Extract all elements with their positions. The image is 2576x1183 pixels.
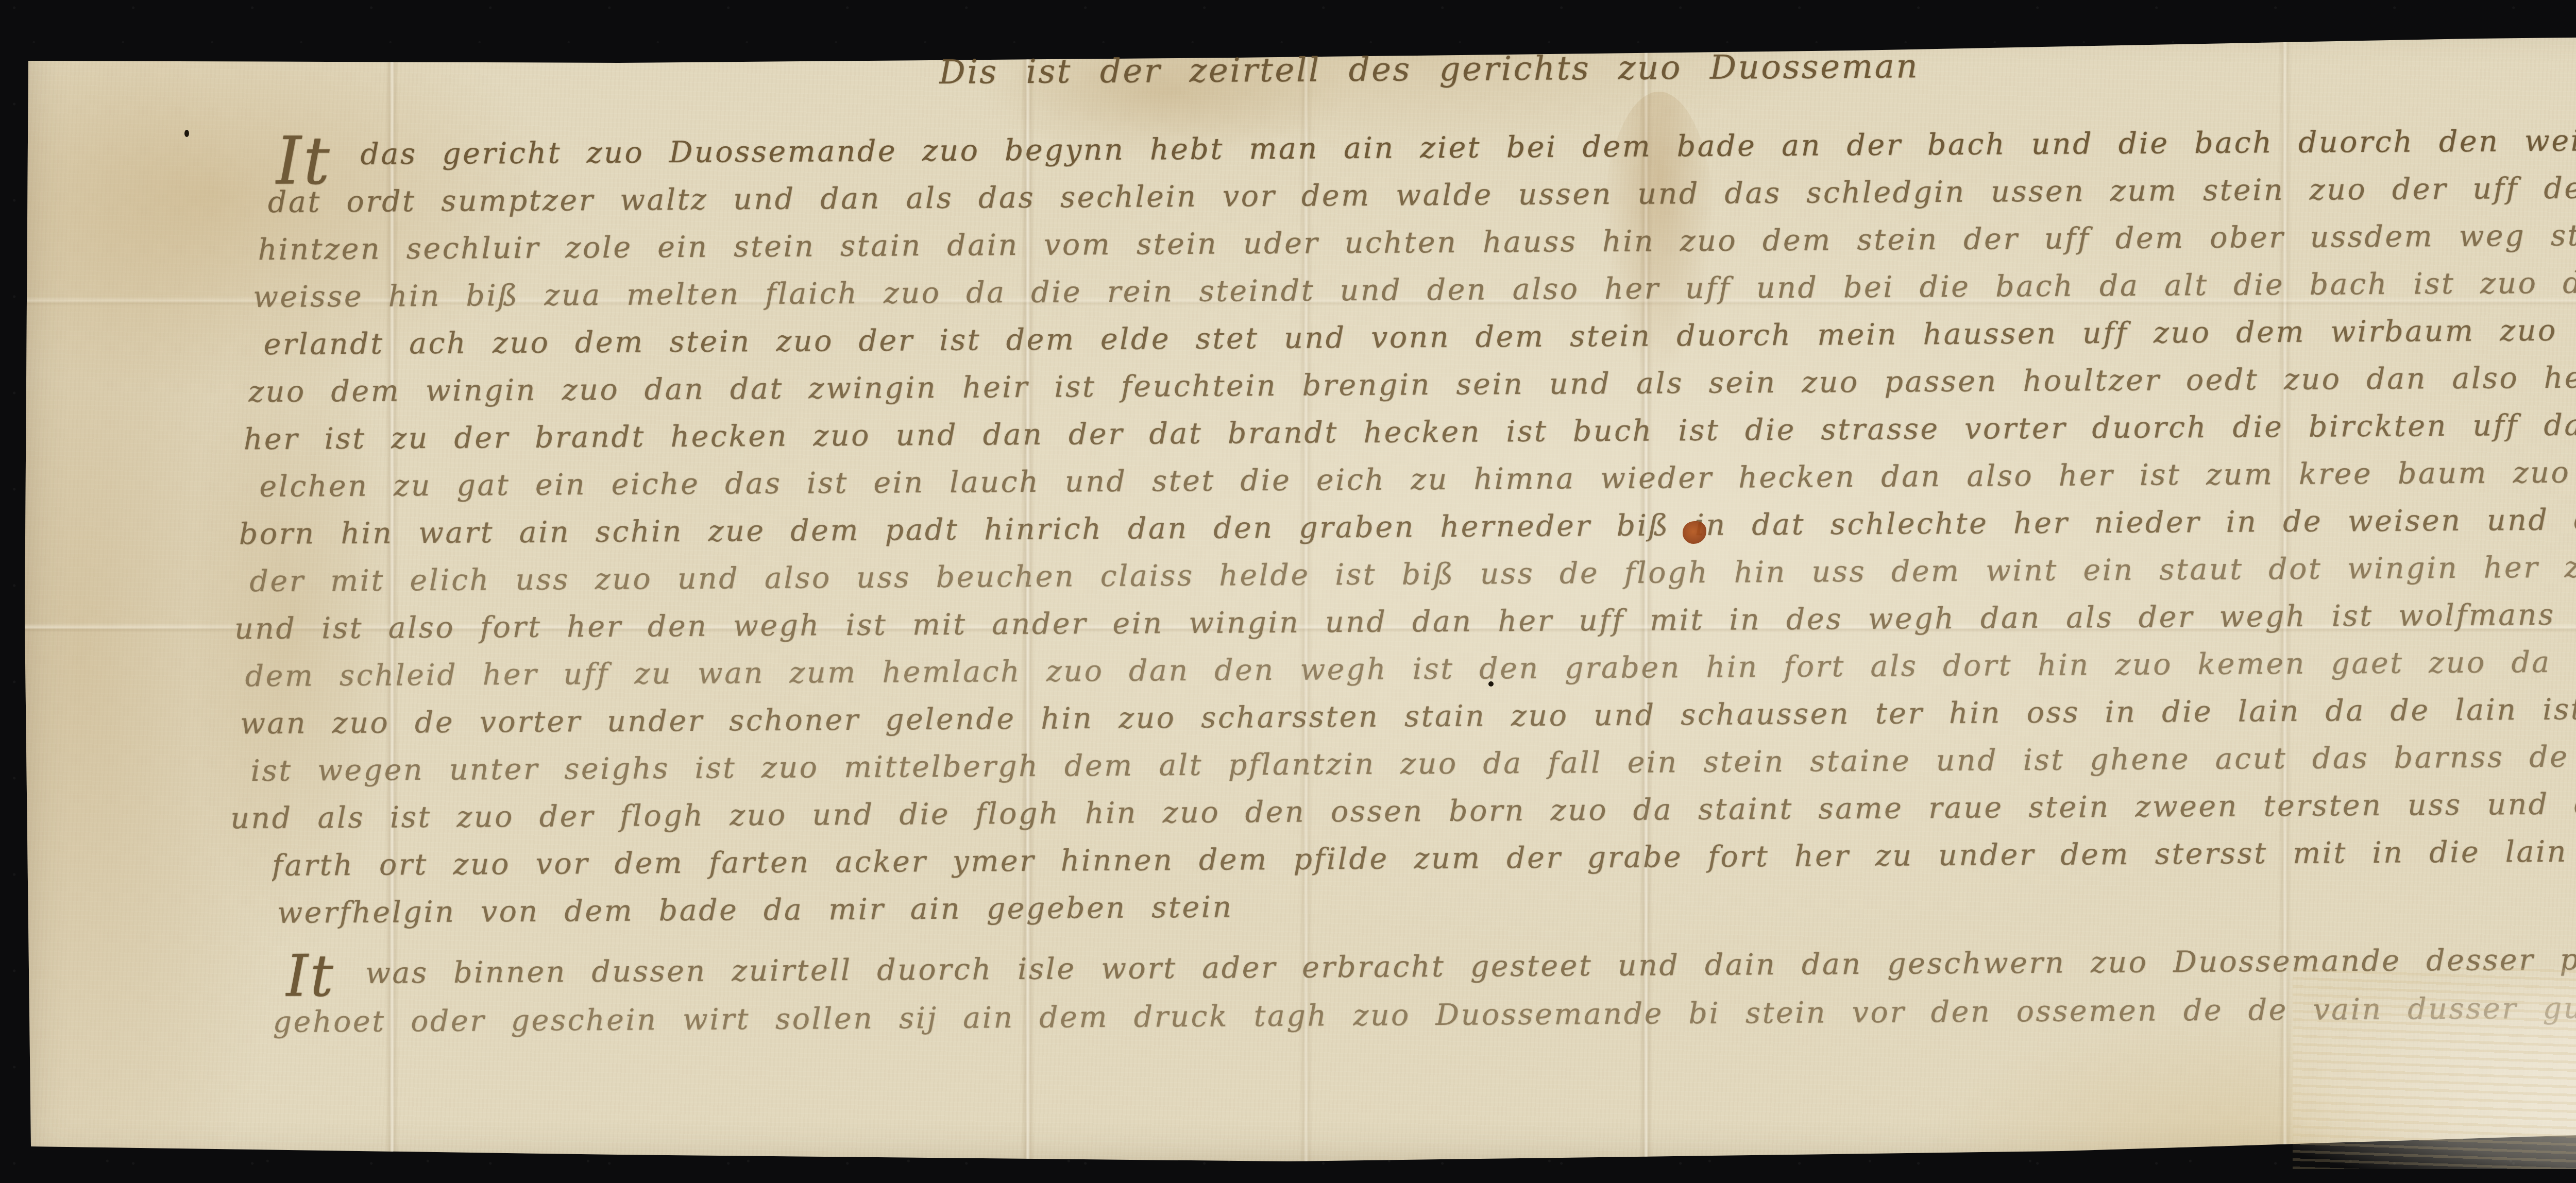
text-line: und als ist zuo der flogh zuo und die fl… <box>230 783 2576 836</box>
text-line: farth ort zuo vor dem farten acker ymer … <box>272 831 2576 883</box>
text-line: wan zuo de vorter under schoner gelende … <box>240 689 2576 741</box>
text-line: born hin wart ain schin zue dem padt hin… <box>239 499 2576 551</box>
photo-scene: Dis ist der zeirtell des gerichts zuo Du… <box>0 0 2576 1183</box>
text-line: das gericht zuo Duossemande zuo begynn h… <box>360 120 2576 172</box>
worn-abrasion-patch <box>2293 968 2576 1169</box>
text-line: zuo dem wingin zuo dan dat zwingin heir … <box>248 357 2576 409</box>
ink-speck <box>184 130 189 137</box>
text-line: elchen zu gat ein eiche das ist ein lauc… <box>259 452 2576 504</box>
text-line: dat ordt sumptzer waltz und dan als das … <box>268 167 2576 219</box>
text-line: und ist also fort her den wegh ist mit a… <box>234 594 2576 646</box>
text-line: hintzen sechluir zole ein stein stain da… <box>258 215 2576 267</box>
text-line: der mit elich uss zuo und also uss beuch… <box>249 546 2576 598</box>
document-title: Dis ist der zeirtell des gerichts zuo Du… <box>939 47 1918 92</box>
drop-initial: It <box>285 947 335 1005</box>
text-line: dem schleid her uff zu wan zum hemlach z… <box>245 641 2576 693</box>
text-line: werfhelgin von dem bade da mir ain gegeb… <box>277 889 1411 930</box>
text-line: erlandt ach zuo dem stein zuo der ist de… <box>263 310 2576 362</box>
text-line: her ist zu der brandt hecken zuo und dan… <box>244 404 2576 456</box>
text-line: weisse hin biß zua melten flaich zuo da … <box>253 262 2576 314</box>
text-line: was binnen dussen zuirtell duorch isle w… <box>365 939 2576 990</box>
text-line: gehoet oder geschein wirt sollen sij ain… <box>273 988 2576 1039</box>
handwritten-text-layer: Dis ist der zeirtell des gerichts zuo Du… <box>0 0 2576 1183</box>
ink-speck <box>1488 681 1494 687</box>
text-line: ist wegen unter seighs ist zuo mittelber… <box>250 736 2576 788</box>
